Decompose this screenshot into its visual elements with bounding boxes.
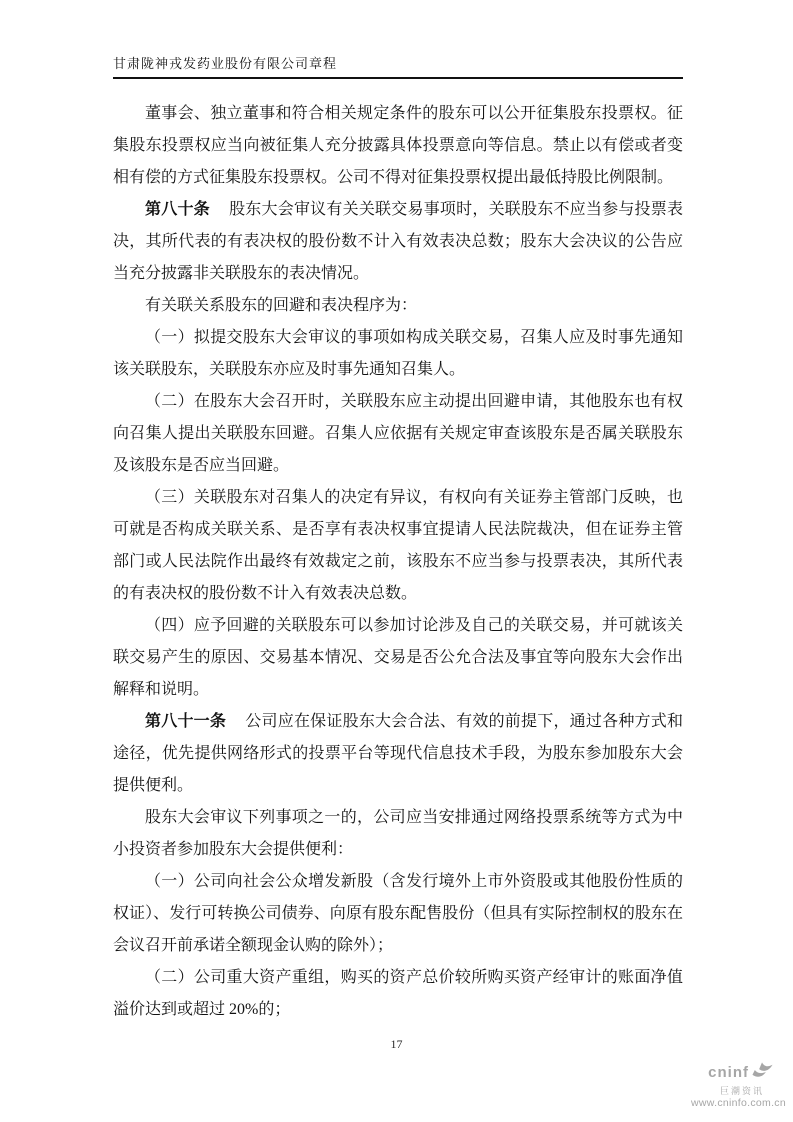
- article-80-number: 第八十条: [145, 201, 210, 218]
- paragraph-article-80: 第八十条股东大会审议有关关联交易事项时，关联股东不应当参与投票表决，其所代表的有…: [113, 194, 683, 290]
- paragraph-item-3: （三）关联股东对召集人的决定有异议，有权向有关证券主管部门反映，也可就是否构成关…: [113, 482, 683, 610]
- cninfo-brand-row: cninf: [678, 1060, 788, 1086]
- paragraph-item-2: （二）在股东大会召开时，关联股东应主动提出回避申请，其他股东也有权向召集人提出关…: [113, 386, 683, 482]
- paragraph-item-4: （四）应予回避的关联股东可以参加讨论涉及自己的关联交易，并可就该关联交易产生的原…: [113, 610, 683, 706]
- paragraph: 有关联关系股东的回避和表决程序为：: [113, 290, 683, 322]
- cninfo-brand-url: www.cninfo.com.cn: [678, 1098, 788, 1110]
- cninfo-brand-text: cninf: [708, 1065, 749, 1082]
- page-number: 17: [0, 1037, 793, 1052]
- paragraph-item-1: （一）拟提交股东大会审议的事项如构成关联交易，召集人应及时事先通知该关联股东，关…: [113, 322, 683, 386]
- swirl-icon: [751, 1060, 774, 1086]
- page-header-title: 甘肃陇神戎发药业股份有限公司章程: [113, 53, 683, 79]
- cninfo-logo: cninf 巨潮资讯 www.cninfo.com.cn: [678, 1060, 788, 1110]
- paragraph-item-1b: （一）公司向社会公众增发新股（含发行境外上市外资股或其他股份性质的权证）、发行可…: [113, 866, 683, 962]
- paragraph-item-2b: （二）公司重大资产重组，购买的资产总价较所购买资产经审计的账面净值溢价达到或超过…: [113, 962, 683, 1026]
- paragraph-article-81: 第八十一条公司应在保证股东大会合法、有效的前提下，通过各种方式和途径，优先提供网…: [113, 706, 683, 802]
- document-page: 甘肃陇神戎发药业股份有限公司章程 董事会、独立董事和符合相关规定条件的股东可以公…: [0, 0, 793, 1122]
- article-81-number: 第八十一条: [145, 713, 226, 730]
- paragraph: 董事会、独立董事和符合相关规定条件的股东可以公开征集股东投票权。征集股东投票权应…: [113, 98, 683, 194]
- paragraph: 股东大会审议下列事项之一的，公司应当安排通过网络投票系统等方式为中小投资者参加股…: [113, 802, 683, 866]
- document-body: 董事会、独立董事和符合相关规定条件的股东可以公开征集股东投票权。征集股东投票权应…: [113, 98, 683, 1026]
- cninfo-brand-name: 巨潮资讯: [678, 1087, 788, 1097]
